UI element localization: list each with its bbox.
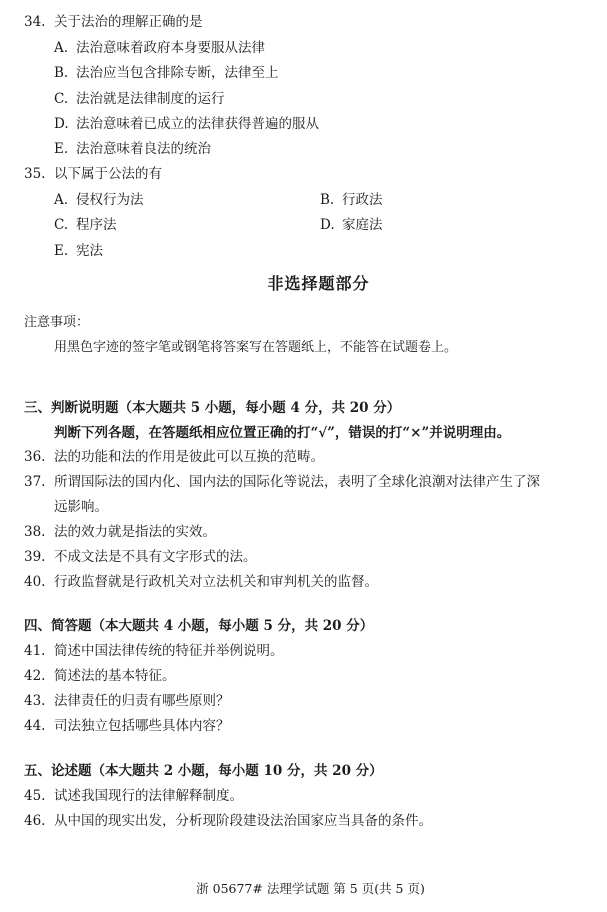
- option-label: C.: [54, 216, 76, 234]
- option-text: 法治意味着良法的统治: [76, 141, 211, 157]
- question-number: 35.: [24, 165, 54, 183]
- question-34: 34.关于法治的理解正确的是: [24, 13, 203, 31]
- question-45: 45.试述我国现行的法律解释制度。: [24, 787, 243, 805]
- question-text: 法律责任的归责有哪些原则？: [54, 693, 230, 709]
- option-34a: A.法治意味着政府本身要服从法律: [54, 39, 265, 57]
- option-text: 侵权行为法: [76, 192, 144, 208]
- question-number: 44.: [24, 717, 54, 735]
- section5-heading: 五、论述题（本大题共 2 小题，每小题 10 分，共 20 分）: [24, 762, 383, 780]
- question-number: 43.: [24, 692, 54, 710]
- question-number: 36.: [24, 448, 54, 466]
- section3-instruction: 判断下列各题，在答题纸相应位置正确的打“√”，错误的打“×”并说明理由。: [54, 424, 510, 442]
- question-text: 试述我国现行的法律解释制度。: [54, 788, 243, 804]
- question-number: 46.: [24, 812, 54, 830]
- option-label: B.: [54, 64, 76, 82]
- question-number: 45.: [24, 787, 54, 805]
- question-46: 46.从中国的现实出发，分析现阶段建设法治国家应当具备的条件。: [24, 812, 432, 830]
- question-41: 41.简述中国法律传统的特征并举例说明。: [24, 642, 284, 660]
- question-text: 简述中国法律传统的特征并举例说明。: [54, 643, 284, 659]
- option-text: 法治意味着政府本身要服从法律: [76, 40, 265, 56]
- option-35e: E.宪法: [54, 242, 103, 260]
- option-label: D.: [54, 115, 76, 133]
- option-label: E.: [54, 242, 76, 260]
- question-40: 40.行政监督就是行政机关对立法机关和审判机关的监督。: [24, 573, 378, 591]
- question-38: 38.法的效力就是指法的实效。: [24, 523, 216, 541]
- option-text: 法治就是法律制度的运行: [76, 91, 225, 107]
- question-text: 司法独立包括哪些具体内容？: [54, 718, 230, 734]
- question-number: 37.: [24, 473, 54, 491]
- option-35c: C.程序法: [54, 216, 117, 234]
- page-footer: 浙 05677# 法理学试题 第 5 页(共 5 页): [0, 880, 607, 898]
- option-35b: B.行政法: [320, 191, 383, 209]
- question-number: 42.: [24, 667, 54, 685]
- option-label: A.: [54, 191, 76, 209]
- option-text: 宪法: [76, 243, 103, 259]
- question-text: 行政监督就是行政机关对立法机关和审判机关的监督。: [54, 574, 378, 590]
- question-text: 法的功能和法的作用是彼此可以互换的范畴。: [54, 449, 324, 465]
- option-34e: E.法治意味着良法的统治: [54, 140, 211, 158]
- section3-heading: 三、判断说明题（本大题共 5 小题，每小题 4 分，共 20 分）: [24, 399, 400, 417]
- option-label: E.: [54, 140, 76, 158]
- option-34c: C.法治就是法律制度的运行: [54, 90, 225, 108]
- question-stem: 关于法治的理解正确的是: [54, 14, 203, 30]
- option-34d: D.法治意味着已成立的法律获得普遍的服从: [54, 115, 319, 133]
- question-number: 34.: [24, 13, 54, 31]
- option-text: 程序法: [76, 217, 117, 233]
- question-text: 所谓国际法的国内化、国内法的国际化等说法，表明了全球化浪潮对法律产生了深: [54, 474, 540, 490]
- option-35a: A.侵权行为法: [54, 191, 144, 209]
- question-number: 41.: [24, 642, 54, 660]
- question-35: 35.以下属于公法的有: [24, 165, 162, 183]
- question-text: 从中国的现实出发，分析现阶段建设法治国家应当具备的条件。: [54, 813, 432, 829]
- option-label: D.: [320, 216, 342, 234]
- question-number: 39.: [24, 548, 54, 566]
- question-37: 37.所谓国际法的国内化、国内法的国际化等说法，表明了全球化浪潮对法律产生了深: [24, 473, 540, 491]
- section4-heading: 四、简答题（本大题共 4 小题，每小题 5 分，共 20 分）: [24, 617, 373, 635]
- question-42: 42.简述法的基本特征。: [24, 667, 176, 685]
- question-stem: 以下属于公法的有: [54, 166, 162, 182]
- option-text: 行政法: [342, 192, 383, 208]
- question-number: 40.: [24, 573, 54, 591]
- option-label: A.: [54, 39, 76, 57]
- question-number: 38.: [24, 523, 54, 541]
- notice-label: 注意事项：: [24, 314, 89, 332]
- question-text: 不成文法是不具有文字形式的法。: [54, 549, 257, 565]
- question-36: 36.法的功能和法的作用是彼此可以互换的范畴。: [24, 448, 324, 466]
- option-label: C.: [54, 90, 76, 108]
- section-title: 非选择题部分: [0, 275, 607, 293]
- option-35d: D.家庭法: [320, 216, 383, 234]
- notice-text: 用黑色字迹的签字笔或钢笔将答案写在答题纸上，不能答在试题卷上。: [54, 339, 457, 357]
- option-34b: B.法治应当包含排除专断，法律至上: [54, 64, 279, 82]
- option-text: 法治应当包含排除专断，法律至上: [76, 65, 279, 81]
- option-label: B.: [320, 191, 342, 209]
- option-text: 家庭法: [342, 217, 383, 233]
- question-43: 43.法律责任的归责有哪些原则？: [24, 692, 230, 710]
- question-37-continuation: 远影响。: [54, 498, 108, 516]
- question-44: 44.司法独立包括哪些具体内容？: [24, 717, 230, 735]
- option-text: 法治意味着已成立的法律获得普遍的服从: [76, 116, 319, 132]
- question-text: 简述法的基本特征。: [54, 668, 176, 684]
- question-text: 法的效力就是指法的实效。: [54, 524, 216, 540]
- question-39: 39.不成文法是不具有文字形式的法。: [24, 548, 257, 566]
